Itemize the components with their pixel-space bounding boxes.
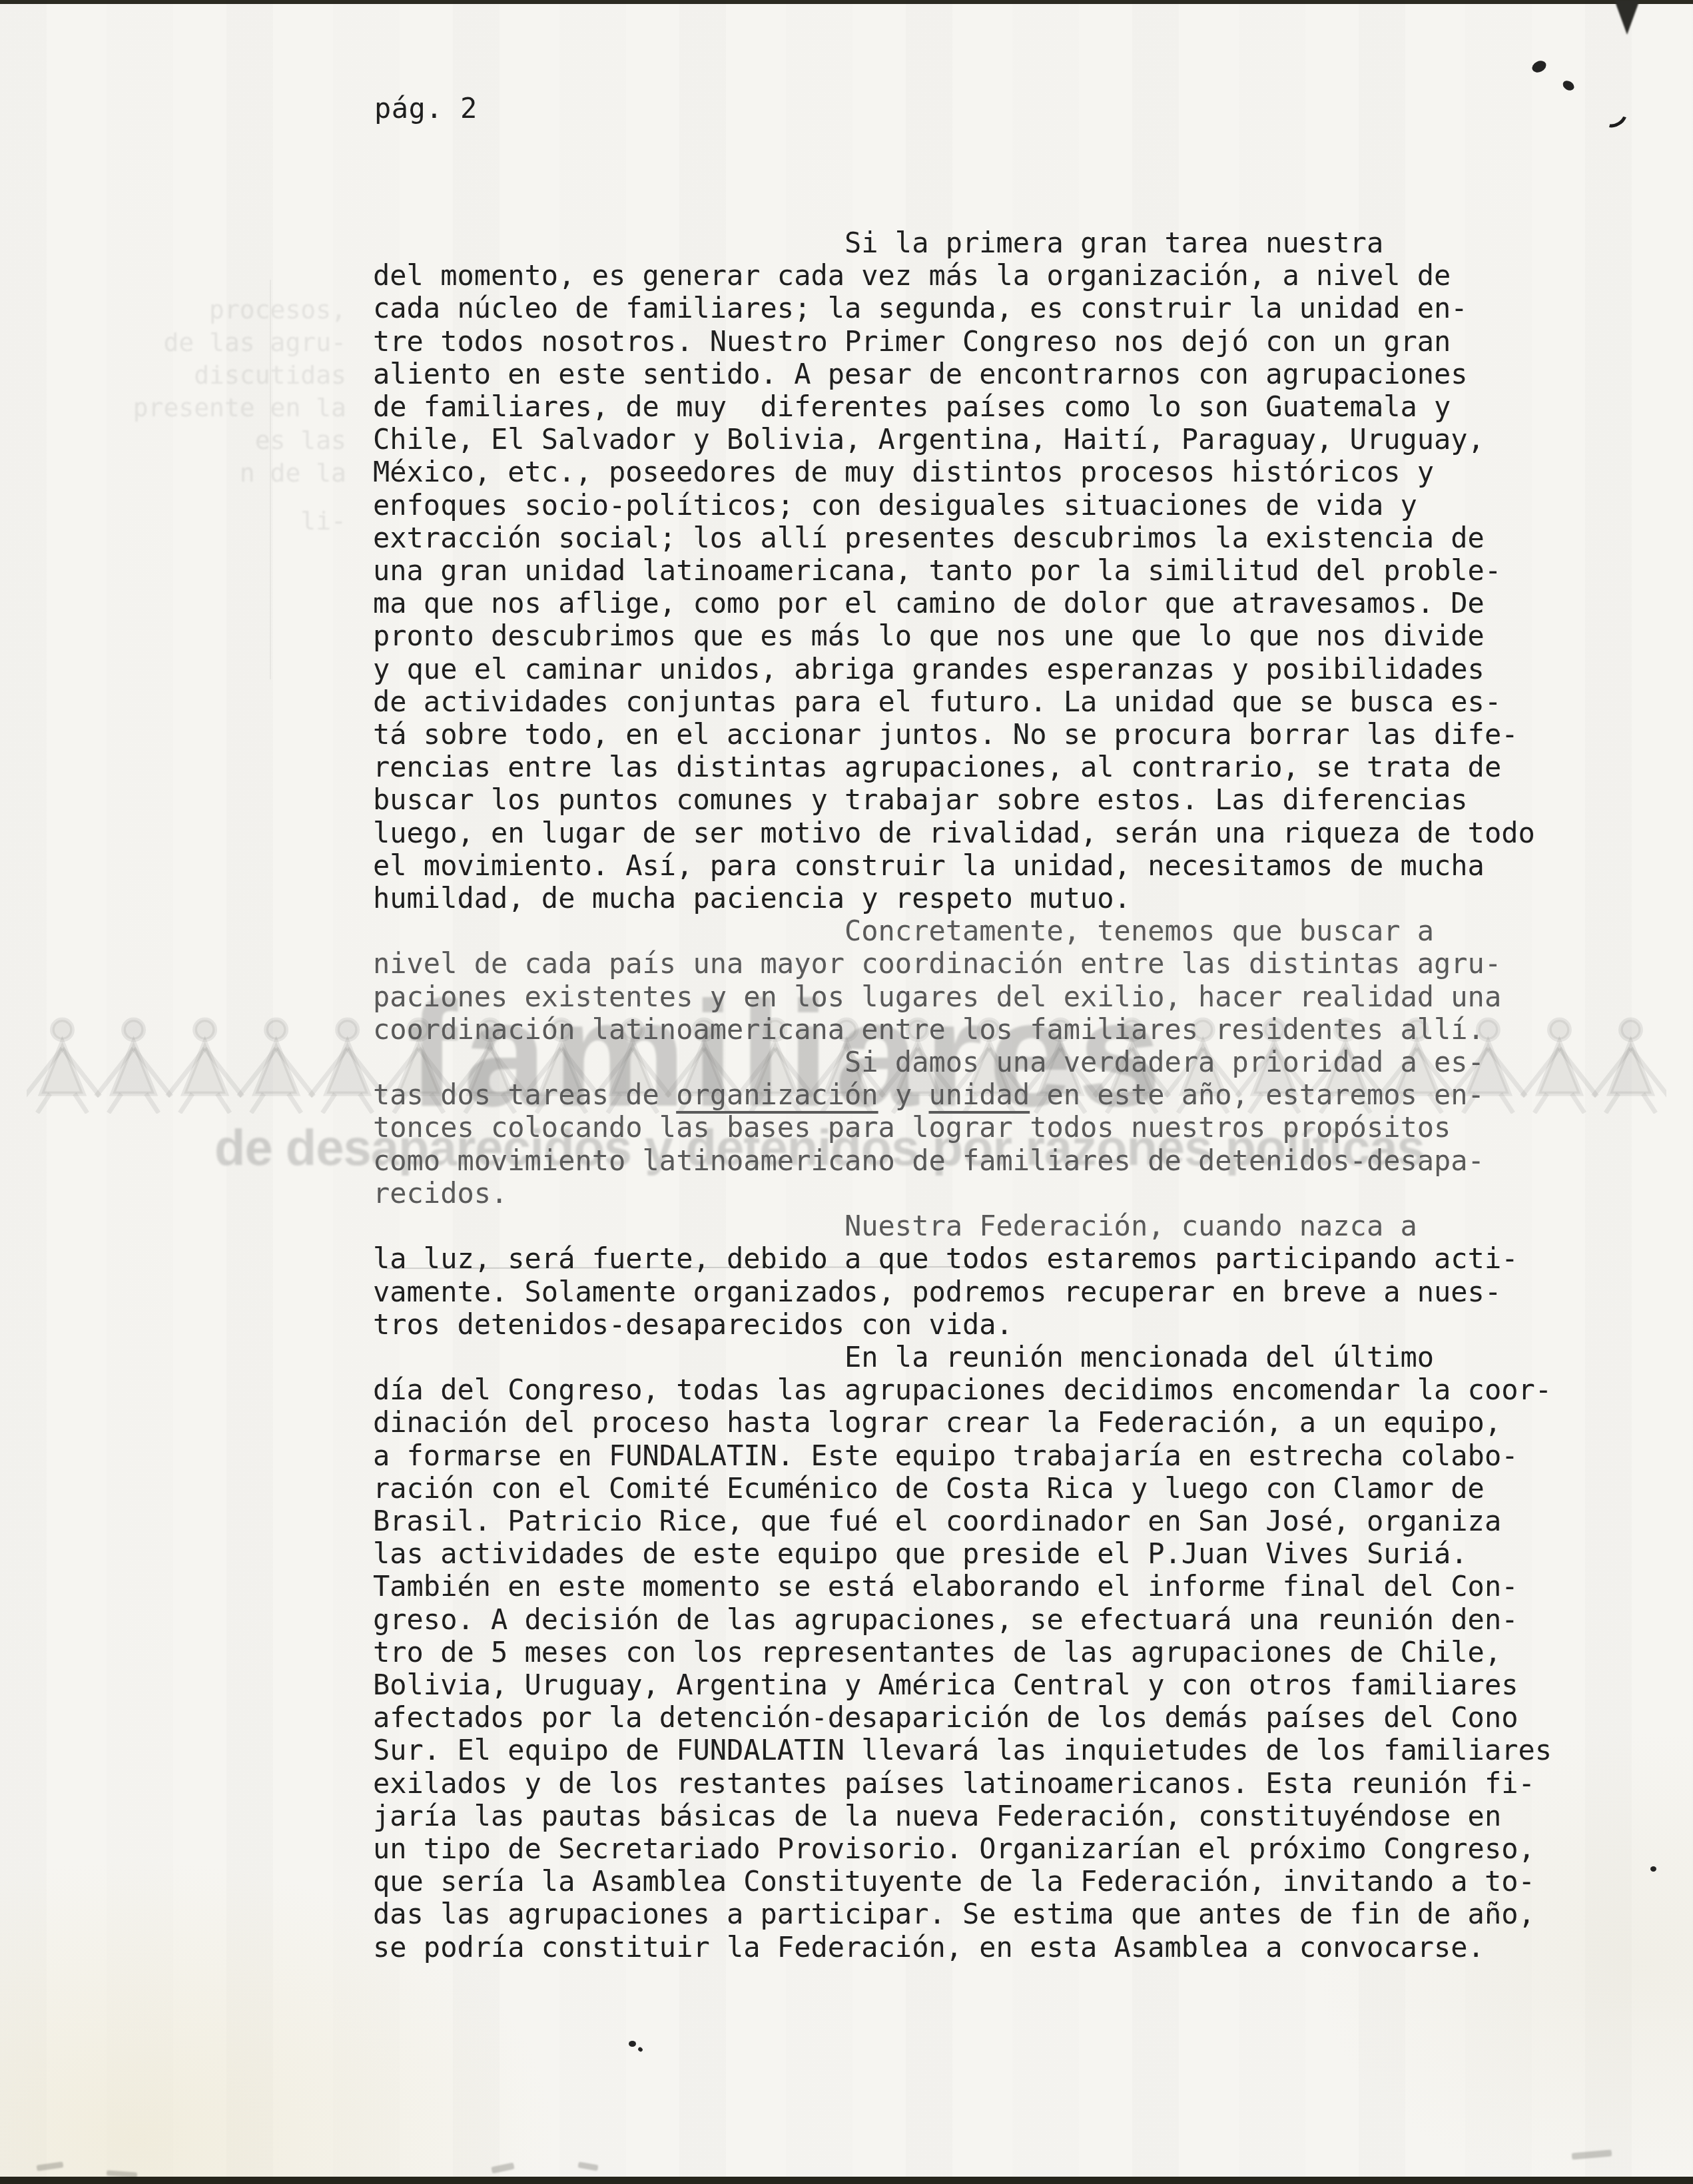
- typed-line: recidos.: [373, 1177, 1585, 1210]
- typed-line: vamente. Solamente organizados, podremos…: [373, 1275, 1585, 1308]
- smudge-mark: [37, 2161, 64, 2171]
- typed-line: Chile, El Salvador y Bolivia, Argentina,…: [373, 423, 1585, 456]
- smudge-mark: [1572, 2149, 1612, 2159]
- typed-line: se podría constituir la Federación, en e…: [373, 1931, 1585, 1964]
- typed-line: En la reunión mencionada del último: [373, 1341, 1585, 1373]
- typed-line: de familiares, de muy diferentes países …: [373, 390, 1585, 423]
- typed-line: Si la primera gran tarea nuestra: [373, 226, 1585, 259]
- typed-line: día del Congreso, todas las agrupaciones…: [373, 1373, 1585, 1406]
- typed-line: aliento en este sentido. A pesar de enco…: [373, 358, 1585, 390]
- typed-line: paciones existentes y en los lugares del…: [373, 980, 1585, 1013]
- typed-line: un tipo de Secretariado Provisorio. Orga…: [373, 1832, 1585, 1865]
- bleed-through-fragment: es las: [100, 426, 346, 455]
- typed-line: a formarse en FUNDALATIN. Este equipo tr…: [373, 1439, 1585, 1472]
- ink-speck: [1530, 59, 1548, 75]
- smudge-mark: [577, 2161, 598, 2171]
- ink-speck: [637, 2046, 643, 2052]
- typed-line: Sur. El equipo de FUNDALATIN llevará las…: [373, 1734, 1585, 1766]
- typed-line: rencias entre las distintas agrupaciones…: [373, 751, 1585, 783]
- typed-text-block: Si la primera gran tarea nuestradel mome…: [373, 226, 1585, 1964]
- smudge-mark: [491, 2163, 514, 2174]
- ink-speck: [629, 2041, 636, 2047]
- bleed-through-fragment: li-: [100, 506, 346, 536]
- typed-line: el movimiento. Así, para construir la un…: [373, 849, 1585, 882]
- bleed-through-fragment: n de la: [100, 458, 346, 488]
- scanned-document-page: procesos,de las agru-discutidaspresente …: [0, 0, 1693, 2184]
- scan-edge-bottom: [0, 2177, 1693, 2184]
- typed-line: ma que nos aflige, como por el camino de…: [373, 587, 1585, 619]
- corner-ink-wedge: [1614, 0, 1640, 35]
- typed-line: Bolivia, Uruguay, Argentina y América Ce…: [373, 1668, 1585, 1701]
- typed-line: México, etc., poseedores de muy distinto…: [373, 456, 1585, 488]
- typed-line: Si damos una verdadera prioridad a es-: [373, 1046, 1585, 1078]
- typed-line: dinación del proceso hasta lograr crear …: [373, 1406, 1585, 1439]
- typed-line: buscar los puntos comunes y trabajar sob…: [373, 783, 1585, 816]
- typed-line: Brasil. Patricio Rice, que fué el coordi…: [373, 1505, 1585, 1537]
- typed-line: exilados y de los restantes países latin…: [373, 1767, 1585, 1800]
- typed-line: de actividades conjuntas para el futuro.…: [373, 685, 1585, 718]
- typed-line: También en este momento se está elaboran…: [373, 1570, 1585, 1603]
- typed-line: tá sobre todo, en el accionar juntos. No…: [373, 718, 1585, 751]
- bleed-through-fragment: presente en la: [100, 393, 346, 422]
- ink-speck: [1561, 79, 1576, 92]
- typed-line: ración con el Comité Ecuménico de Costa …: [373, 1472, 1585, 1505]
- typed-line: nivel de cada país una mayor coordinació…: [373, 947, 1585, 980]
- typed-line: una gran unidad latinoamericana, tanto p…: [373, 554, 1585, 587]
- typed-line: del momento, es generar cada vez más la …: [373, 259, 1585, 292]
- typed-line: extracción social; los allí presentes de…: [373, 522, 1585, 554]
- typed-line: das las agrupaciones a participar. Se es…: [373, 1898, 1585, 1930]
- typed-line: y que el caminar unidos, abriga grandes …: [373, 653, 1585, 685]
- ink-hook-mark: [1598, 101, 1631, 132]
- bleed-through-fragment: discutidas: [100, 360, 346, 390]
- typed-line: tro de 5 meses con los representantes de…: [373, 1636, 1585, 1668]
- typed-line: tre todos nosotros. Nuestro Primer Congr…: [373, 325, 1585, 358]
- typed-line: jaría las pautas básicas de la nueva Fed…: [373, 1800, 1585, 1832]
- ink-speck: [1650, 1866, 1656, 1872]
- typed-line: afectados por la detención-desaparición …: [373, 1701, 1585, 1734]
- typed-line: tas dos tareas de organización y unidad …: [373, 1078, 1585, 1111]
- typed-line: las actividades de este equipo que presi…: [373, 1537, 1585, 1570]
- bleed-through-fragment: procesos,: [100, 295, 346, 324]
- typed-line: la luz, será fuerte, debido a que todos …: [373, 1242, 1585, 1275]
- typed-line: Concretamente, tenemos que buscar a: [373, 914, 1585, 947]
- typed-line: humildad, de mucha paciencia y respeto m…: [373, 882, 1585, 914]
- scan-edge-top: [0, 0, 1693, 4]
- typed-line: como movimiento latinoamericano de famil…: [373, 1144, 1585, 1177]
- typed-line: enfoques socio-políticos; con desiguales…: [373, 489, 1585, 522]
- page-number-label: pág. 2: [374, 92, 478, 125]
- typed-line: Nuestra Federación, cuando nazca a: [373, 1210, 1585, 1242]
- typed-line: cada núcleo de familiares; la segunda, e…: [373, 292, 1585, 324]
- typed-line: tonces colocando las bases para lograr t…: [373, 1111, 1585, 1144]
- typed-line: greso. A decisión de las agrupaciones, s…: [373, 1603, 1585, 1636]
- typed-line: pronto descubrimos que es más lo que nos…: [373, 619, 1585, 652]
- bleed-through-fragment: de las agru-: [100, 328, 346, 357]
- typed-line: luego, en lugar de ser motivo de rivalid…: [373, 817, 1585, 849]
- typed-line: tros detenidos-desaparecidos con vida.: [373, 1308, 1585, 1341]
- typed-line: coordinación latinoamericana entre los f…: [373, 1013, 1585, 1046]
- typed-line: que sería la Asamblea Constituyente de l…: [373, 1865, 1585, 1898]
